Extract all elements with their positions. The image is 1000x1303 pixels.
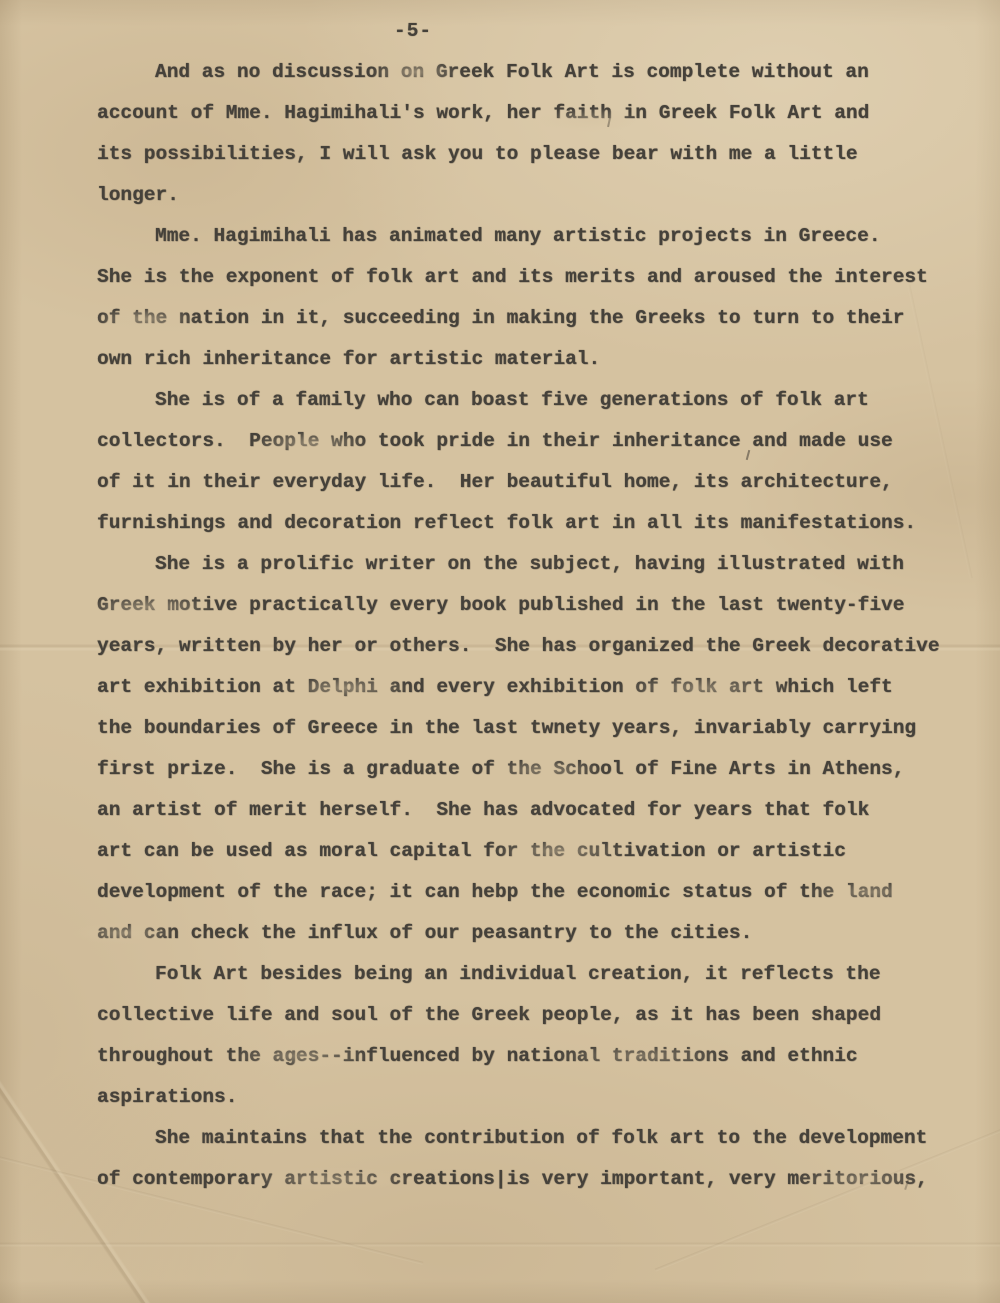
page-number: -5- xyxy=(394,20,432,42)
text-line: longer. xyxy=(97,175,967,216)
text-line: and can check the influx of our peasantr… xyxy=(97,913,967,954)
text-line: aspirations. xyxy=(97,1077,967,1118)
text-line: throughout the ages--influenced by natio… xyxy=(97,1036,967,1077)
text-line: She maintains that the contribution of f… xyxy=(97,1118,967,1159)
text-line: art can be used as moral capital for the… xyxy=(97,831,967,872)
text-line: an artist of merit herself. She has advo… xyxy=(97,790,967,831)
text-line: And as no discussion on Greek Folk Art i… xyxy=(97,52,967,93)
text-line: She is of a family who can boast five ge… xyxy=(97,380,967,421)
text-line: Folk Art besides being an individual cre… xyxy=(97,954,967,995)
text-line: first prize. She is a graduate of the Sc… xyxy=(97,749,967,790)
text-line: She is a prolific writer on the subject,… xyxy=(97,544,967,585)
paragraph-writer: She is a prolific writer on the subject,… xyxy=(97,544,967,954)
text-line: own rich inheritance for artistic materi… xyxy=(97,339,967,380)
text-line: art exhibition at Delphi and every exhib… xyxy=(97,667,967,708)
text-line: of it in their everyday life. Her beauti… xyxy=(97,462,967,503)
paragraph-contribution: She maintains that the contribution of f… xyxy=(97,1118,967,1200)
text-line: its possibilities, I will ask you to ple… xyxy=(97,134,967,175)
text-line: furnishings and decoration reflect folk … xyxy=(97,503,967,544)
paragraph-projects: Mme. Hagimihali has animated many artist… xyxy=(97,216,967,380)
text-line: She is the exponent of folk art and its … xyxy=(97,257,967,298)
text-line: of contemporary artistic creations|is ve… xyxy=(97,1159,967,1200)
document-body: And as no discussion on Greek Folk Art i… xyxy=(97,52,967,1200)
paragraph-intro: And as no discussion on Greek Folk Art i… xyxy=(97,52,967,216)
document-page: -5- And as no discussion on Greek Folk A… xyxy=(0,0,1000,1303)
text-line: collective life and soul of the Greek pe… xyxy=(97,995,967,1036)
paragraph-family: She is of a family who can boast five ge… xyxy=(97,380,967,544)
text-line: of the nation in it, succeeding in makin… xyxy=(97,298,967,339)
text-line: years, written by her or others. She has… xyxy=(97,626,967,667)
text-line: collectors. People who took pride in the… xyxy=(97,421,967,462)
text-line: the boundaries of Greece in the last twn… xyxy=(97,708,967,749)
text-line: development of the race; it can hebp the… xyxy=(97,872,967,913)
text-line: Mme. Hagimihali has animated many artist… xyxy=(97,216,967,257)
paragraph-folk-art: Folk Art besides being an individual cre… xyxy=(97,954,967,1118)
text-line: Greek motive practically every book publ… xyxy=(97,585,967,626)
text-line: account of Mme. Hagimihali's work, her f… xyxy=(97,93,967,134)
